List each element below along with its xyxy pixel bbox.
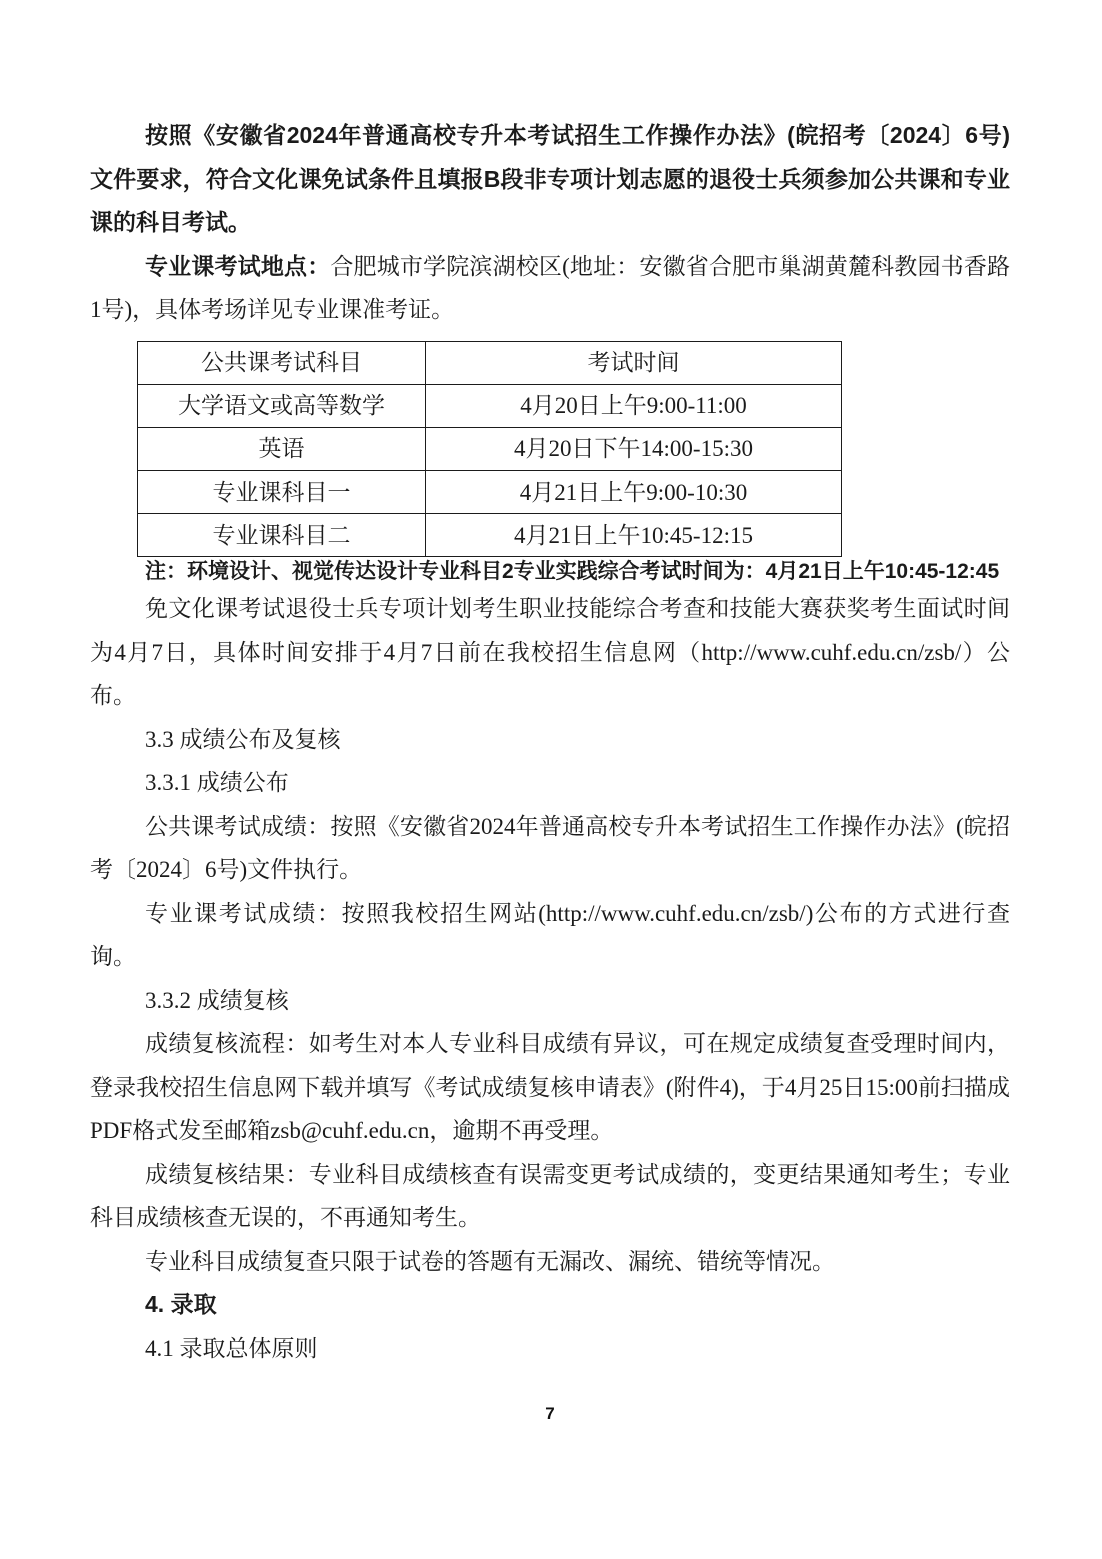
cell-subject: 专业课科目二 [138,514,426,557]
table-row: 英语 4月20日下午14:00-15:30 [138,427,842,470]
table-row: 大学语文或高等数学 4月20日上午9:00-11:00 [138,384,842,427]
paragraph-public-course-score: 公共课考试成绩：按照《安徽省2024年普通高校专升本考试招生工作操作办法》(皖招… [90,805,1010,892]
heading-4-admission: 4. 录取 [90,1283,1010,1327]
column-header-time: 考试时间 [426,341,842,384]
cell-subject: 大学语文或高等数学 [138,384,426,427]
column-header-subject: 公共课考试科目 [138,341,426,384]
paragraph-review-process: 成绩复核流程：如考生对本人专业科目成绩有异议，可在规定成绩复查受理时间内，登录我… [90,1022,1010,1153]
heading-3-3-1-score-release: 3.3.1 成绩公布 [90,761,1010,805]
heading-3-3-2-score-review: 3.3.2 成绩复核 [90,979,1010,1023]
cell-time: 4月20日上午9:00-11:00 [426,384,842,427]
table-row: 专业课科目一 4月21日上午9:00-10:30 [138,471,842,514]
heading-3-3-score-release-review: 3.3 成绩公布及复核 [90,718,1010,762]
cell-time: 4月20日下午14:00-15:30 [426,427,842,470]
paragraph-professional-course-score: 专业课考试成绩：按照我校招生网站(http://www.cuhf.edu.cn/… [90,892,1010,979]
table-row: 专业课科目二 4月21日上午10:45-12:15 [138,514,842,557]
table-note: 注：环境设计、视觉传达设计专业科目2专业实践综合考试时间为：4月21日上午10:… [90,557,1010,587]
page-number: 7 [90,1402,1010,1426]
heading-4-1-admission-principles: 4.1 录取总体原则 [90,1327,1010,1371]
paragraph-review-result: 成绩复核结果：专业科目成绩核查有误需变更考试成绩的，变更结果通知考生；专业科目成… [90,1153,1010,1240]
cell-subject: 英语 [138,427,426,470]
document-page: 按照《安徽省2024年普通高校专升本考试招生工作操作办法》(皖招考〔2024〕6… [0,0,1102,1559]
table-header-row: 公共课考试科目 考试时间 [138,341,842,384]
paragraph-interview-time: 免文化课考试退役士兵专项计划考生职业技能综合考查和技能大赛获奖考生面试时间为4月… [90,587,1010,718]
exam-schedule-table: 公共课考试科目 考试时间 大学语文或高等数学 4月20日上午9:00-11:00… [137,341,842,558]
exam-location-label: 专业课考试地点： [145,253,330,279]
cell-time: 4月21日上午10:45-12:15 [426,514,842,557]
paragraph-exam-requirement: 按照《安徽省2024年普通高校专升本考试招生工作操作办法》(皖招考〔2024〕6… [90,114,1010,245]
paragraph-review-scope: 专业科目成绩复查只限于试卷的答题有无漏改、漏统、错统等情况。 [90,1240,1010,1284]
paragraph-exam-location: 专业课考试地点：合肥城市学院滨湖校区(地址：安徽省合肥市巢湖黄麓科教园书香路1号… [90,245,1010,332]
cell-time: 4月21日上午9:00-10:30 [426,471,842,514]
cell-subject: 专业课科目一 [138,471,426,514]
